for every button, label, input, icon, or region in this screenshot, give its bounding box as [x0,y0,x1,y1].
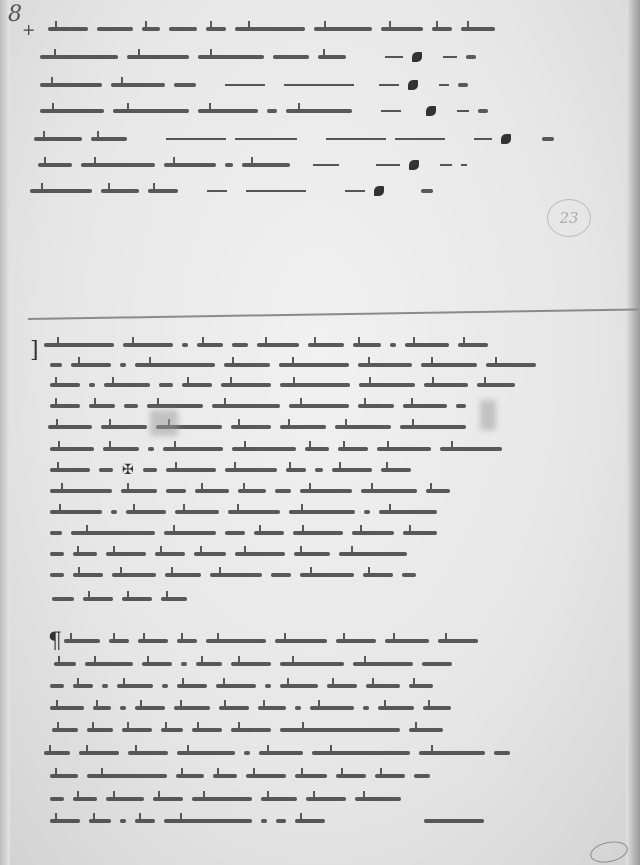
text-line [50,376,515,394]
circled-page-number: 23 [547,199,591,237]
text-line [50,503,437,521]
text-line [52,590,187,608]
list-heading-line [48,20,495,38]
page-edge-right [626,0,640,865]
text-line [50,677,433,695]
text-line [50,699,451,717]
text-line [50,790,401,808]
text-line [50,812,484,830]
text-line [50,356,536,374]
text-line: ✠ [50,461,411,479]
ink-smudge [480,400,496,430]
list-item [40,48,476,66]
text-line [50,482,450,500]
text-line [48,418,466,436]
text-line [50,440,502,458]
text-line [50,524,437,542]
cross-symbol: ✠ [122,462,134,478]
list-item [40,102,488,120]
text-line [64,632,478,650]
text-line [52,721,443,739]
list-item [40,76,468,94]
text-line [54,655,452,673]
list-item [34,130,554,148]
signature-flourish [588,838,629,865]
text-line [50,397,466,415]
page-edge-left [0,0,10,865]
ink-smudge [150,410,178,436]
text-line [50,767,430,785]
text-line [44,744,510,762]
horizontal-rule [28,308,638,320]
manuscript-page: 8 + 23 [0,0,640,865]
paragraph-mark: ¶ [48,629,62,654]
paragraph-bracket: ] [30,338,39,363]
cross-mark: + [22,20,35,39]
text-line [50,566,416,584]
folio-number: 8 [8,2,22,27]
text-line [50,545,407,563]
list-item [38,156,467,174]
text-line [44,336,488,354]
list-item [30,182,433,200]
